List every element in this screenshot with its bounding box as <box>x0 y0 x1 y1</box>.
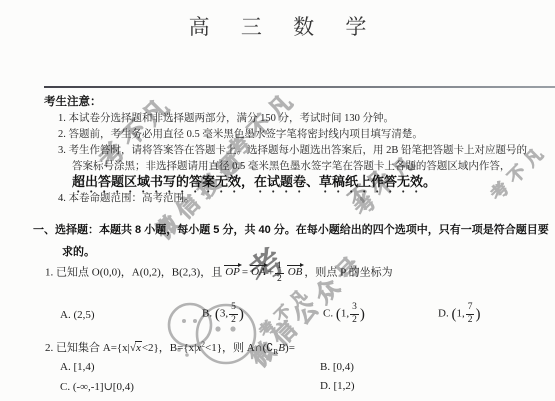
right-paren: ) <box>239 306 244 322</box>
q1-option-a: A. (2,5) <box>60 309 95 321</box>
radicand-x: x <box>135 341 142 354</box>
fraction: 72 <box>466 303 475 325</box>
vector-op: OP <box>223 266 242 278</box>
section-one-header-line1: 一、选择题：本题共 8 小题，每小题 5 分，共 40 分。在每小题给出的四个选… <box>33 221 549 237</box>
equals-sign: = <box>242 266 248 278</box>
question-2-stem: 2. 已知集合 A={x|√x<2}，B={x|x2<1}，则 A∩(∁RB)= <box>45 339 295 356</box>
notice-item-4: 4. 本卷命题范围：高考范围。 <box>58 190 195 205</box>
section-one-header-line2: 求的。 <box>62 243 95 259</box>
vector-oa: OA <box>249 266 268 278</box>
vector-ob: OB <box>286 266 305 278</box>
q1-stem-text-tail: ，则点 P 的坐标为 <box>304 266 392 278</box>
exam-paper-page: 考不凡 考不凡 微信搜题 考不凡 微信公众号 考不凡 考不凡 考 不凡 高 三 … <box>0 0 555 401</box>
right-paren: ) <box>475 306 480 322</box>
right-paren: ) <box>360 306 365 322</box>
question-1-stem: 1. 已知点 O(0,0)，A(0,2)，B(2,3)，且OP=OA+12OB，… <box>45 262 393 284</box>
q2-stem-text: 2. 已知集合 A={x| <box>45 342 130 354</box>
q2-option-c: C. (-∞,-1]∪[0,4) <box>60 380 134 393</box>
notice-heading: 考生注意： <box>44 93 102 109</box>
header-divider-rule <box>44 86 555 88</box>
q1-stem-text: 1. 已知点 O(0,0)，A(0,2)，B(2,3)，且 <box>45 266 222 278</box>
exam-title: 高 三 数 学 <box>0 11 555 41</box>
q2-option-d: D. [1,2) <box>320 380 355 392</box>
q1-option-c: C. (1,32) <box>323 303 365 325</box>
q2-option-b: B. [0,4) <box>320 361 354 373</box>
notice-item-3-line1: 3. 考生作答时，请将答案答在答题卡上。选择题每小题选出答案后，用 2B 铅笔把… <box>58 142 527 157</box>
fraction-one-half: 12 <box>275 262 284 284</box>
fraction: 32 <box>350 303 359 325</box>
watermark-text: 考不凡 <box>254 280 316 342</box>
q1-option-b: B. (3,52) <box>202 303 244 325</box>
q2-option-a: A. [1,4) <box>60 361 95 373</box>
notice-item-1: 1. 本试卷分选择题和非选择题两部分，满分 150 分，考试时间 130 分钟。 <box>58 110 394 125</box>
plus-sign: + <box>268 266 274 278</box>
fraction: 52 <box>229 303 238 325</box>
notice-item-2: 2. 答题前，考生务必用直径 0.5 毫米黑色墨水签字笔将密封线内项目填写清楚。 <box>58 126 423 141</box>
q1-option-d: D. (1,72) <box>438 303 480 325</box>
